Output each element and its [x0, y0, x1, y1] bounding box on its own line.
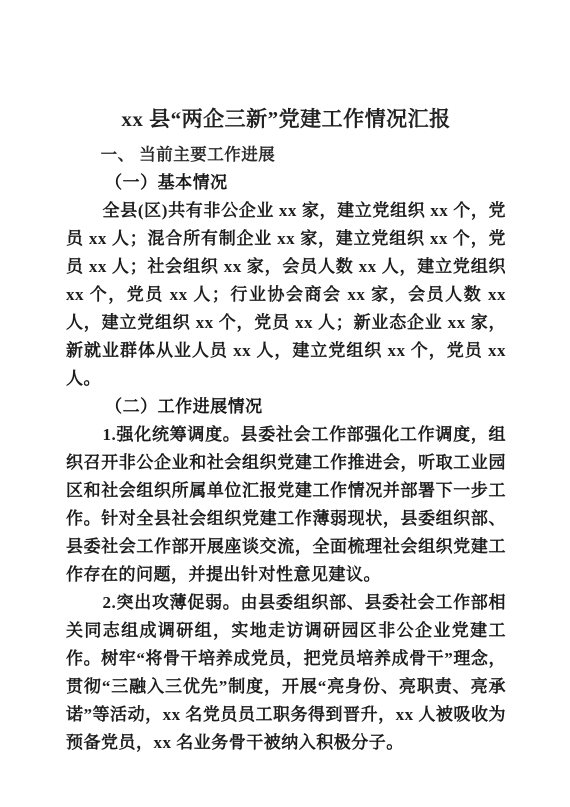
paragraph-strengthen-coordination: 1.强化统筹调度。县委社会工作部强化工作调度，组织召开非公企业和社会组织党建工作…: [66, 421, 506, 589]
document-page: xx 县“两企三新”党建工作情况汇报 一、 当前主要工作进展 （一）基本情况 全…: [0, 0, 570, 807]
heading-work-progress-details: （二）工作进展情况: [66, 393, 506, 421]
paragraph-basic-statistics: 全县(区)共有非公企业 xx 家，建立党组织 xx 个，党员 xx 人；混合所有…: [66, 197, 506, 393]
heading-current-work-progress: 一、 当前主要工作进展: [66, 141, 506, 169]
heading-basic-situation: （一）基本情况: [66, 169, 506, 197]
document-title: xx 县“两企三新”党建工作情况汇报: [66, 103, 506, 135]
paragraph-tackle-weak-points: 2.突出攻薄促弱。由县委组织部、县委社会工作部相关同志组成调研组，实地走访调研园…: [66, 589, 506, 757]
